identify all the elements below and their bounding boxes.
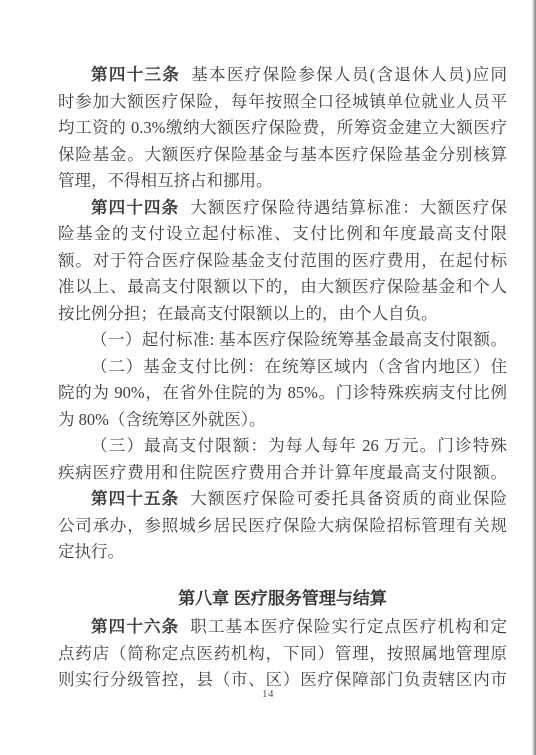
body-line: 时参加大额医疗保险，每年按照全口径城镇单位就业人员平 bbox=[58, 89, 507, 116]
body-line: 保险基金。大额医疗保险基金与基本医疗保险基金分别核算 bbox=[58, 142, 507, 169]
article-number: 第四十三条 bbox=[91, 66, 180, 84]
document-body: 第四十三条基本医疗保险参保人员(含退休人员)应同 时参加大额医疗保险，每年按照全… bbox=[58, 62, 507, 694]
body-line: 第四十四条大额医疗保险待遇结算标准：大额医疗保 bbox=[58, 195, 507, 222]
body-line: 险基金的支付设立起付标准、支付比例和年度最高支付限 bbox=[58, 221, 507, 248]
body-line: （三）最高支付限额：为每人每年 26 万元。门诊特殊 bbox=[58, 433, 507, 460]
body-line: 额。对于符合医疗保险基金支付范围的医疗费用，在起付标 bbox=[58, 248, 507, 275]
body-line: 管理，不得相互挤占和挪用。 bbox=[58, 168, 507, 195]
body-line: 院的为 90%，在省外住院的为 85%。门诊特殊疾病支付比例 bbox=[58, 380, 507, 407]
body-line: 第四十五条大额医疗保险可委托具备资质的商业保险 bbox=[58, 486, 507, 513]
line-text: 大额医疗保险可委托具备资质的商业保险 bbox=[190, 489, 507, 508]
body-line: 准以上、最高支付限额以下的，由大额医疗保险基金和个人 bbox=[58, 274, 507, 301]
article-number: 第四十六条 bbox=[91, 618, 179, 636]
body-line: 疾病医疗费用和住院医疗费用合并计算年度最高支付限额。 bbox=[58, 460, 507, 487]
article-number: 第四十四条 bbox=[91, 199, 179, 217]
body-line: 为 80%（含统筹区外就医）。 bbox=[58, 407, 507, 434]
document-page: 第四十三条基本医疗保险参保人员(含退休人员)应同 时参加大额医疗保险，每年按照全… bbox=[0, 0, 536, 755]
body-line: 第四十六条职工基本医疗保险实行定点医疗机构和定 bbox=[58, 614, 507, 641]
body-line: 定执行。 bbox=[58, 539, 507, 566]
body-line: 公司承办，参照城乡居民医疗保险大病保险招标管理有关规 bbox=[58, 513, 507, 540]
body-line: 第四十三条基本医疗保险参保人员(含退休人员)应同 bbox=[58, 62, 507, 89]
chapter-heading: 第八章 医疗服务管理与结算 bbox=[58, 586, 507, 613]
scan-edge-shadow bbox=[532, 0, 536, 755]
page-number: 14 bbox=[0, 688, 536, 700]
article-number: 第四十五条 bbox=[91, 490, 179, 508]
body-line: （二）基金支付比例：在统筹区域内（含省内地区）住 bbox=[58, 354, 507, 381]
line-text: 基本医疗保险参保人员(含退休人员)应同 bbox=[191, 65, 507, 84]
line-text: 职工基本医疗保险实行定点医疗机构和定 bbox=[190, 617, 507, 636]
body-line: 均工资的 0.3%缴纳大额医疗保险费，所筹资金建立大额医疗 bbox=[58, 115, 507, 142]
body-line: 点药店（简称定点医药机构，下同）管理，按照属地管理原 bbox=[58, 641, 507, 668]
body-line: （一）起付标准: 基本医疗保险统筹基金最高支付限额。 bbox=[58, 327, 507, 354]
line-text: 大额医疗保险待遇结算标准：大额医疗保 bbox=[190, 198, 507, 217]
body-line: 按比例分担；在最高支付限额以上的，由个人自负。 bbox=[58, 301, 507, 328]
